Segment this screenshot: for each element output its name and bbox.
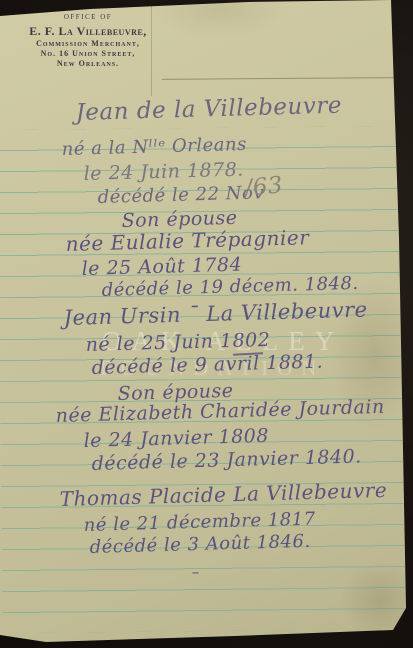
photo-of-document: { "letterhead": { "office_of": "OFFICE O… [0,0,413,648]
letterhead-name: E. F. La Villebeuvre, [26,24,150,39]
end-mark: – [191,563,199,581]
letterhead-business: Commission Merchant, [26,39,150,49]
entry1-name: Jean de la Villebeuvre [75,93,342,126]
fold-crease-horizontal [162,77,396,80]
paper-stain [150,0,290,40]
document-paper: OFFICE OF E. F. La Villebeuvre, Commissi… [0,0,413,648]
letterhead-office-of: OFFICE OF [26,13,150,22]
fold-crease-vertical [151,0,152,96]
entry1-death-year-pencil: /63 [243,172,284,202]
letterhead: OFFICE OF E. F. La Villebeuvre, Commissi… [26,13,150,69]
entry1-birth-date: le 24 Juin 1878. [83,159,244,185]
letterhead-address: No. 16 Union Street, [26,49,150,59]
letterhead-city: New Orleans. [26,59,150,69]
